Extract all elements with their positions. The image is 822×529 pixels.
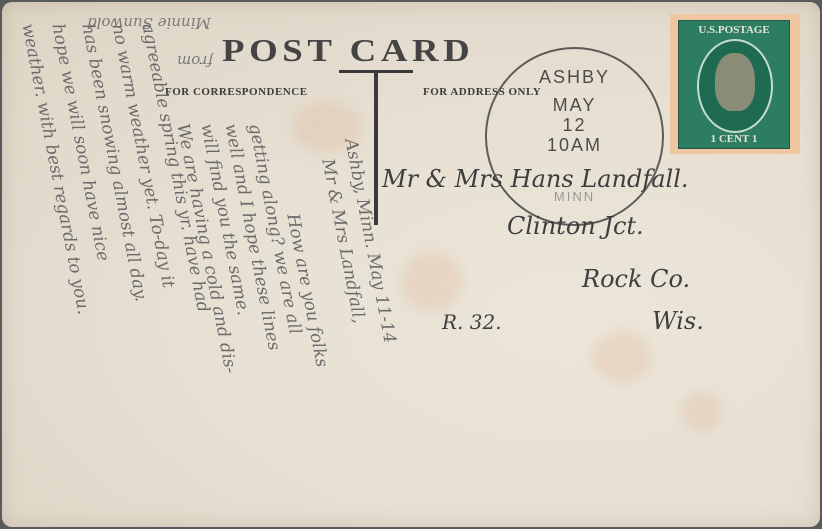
- washington-portrait-icon: [715, 53, 755, 111]
- stain: [592, 332, 652, 382]
- stamp-denomination: 1 CENT 1: [679, 133, 789, 145]
- address-line-4: Wis.: [652, 307, 704, 335]
- stamp-top-text: U.S.POSTAGE: [679, 24, 789, 36]
- postmark-month: MAY: [487, 95, 662, 116]
- postmark-time: 10AM: [487, 135, 662, 156]
- postcard-title: POST CARD: [222, 32, 474, 69]
- correspondence-label: FOR CORRESPONDENCE: [165, 86, 308, 98]
- signature-prefix: from: [177, 52, 213, 70]
- stamp-face: U.S.POSTAGE 1 CENT 1: [678, 20, 790, 149]
- route-number: R. 32.: [442, 310, 502, 334]
- divider-vertical: [374, 70, 378, 225]
- postmark-town: ASHBY: [487, 67, 662, 88]
- stain: [682, 392, 722, 432]
- address-line-2: Clinton Jct.: [507, 212, 644, 240]
- address-line-3: Rock Co.: [582, 265, 690, 293]
- postmark-day: 12: [487, 115, 662, 136]
- stamp-portrait-oval: [697, 39, 773, 133]
- postmark: ASHBY MAY 12 10AM MINN: [485, 47, 664, 226]
- postage-stamp: U.S.POSTAGE 1 CENT 1: [670, 14, 800, 154]
- address-line-1: Mr & Mrs Hans Landfall.: [382, 165, 689, 193]
- stain: [402, 252, 462, 312]
- postcard-back: POST CARD FOR CORRESPONDENCE FOR ADDRESS…: [2, 2, 820, 527]
